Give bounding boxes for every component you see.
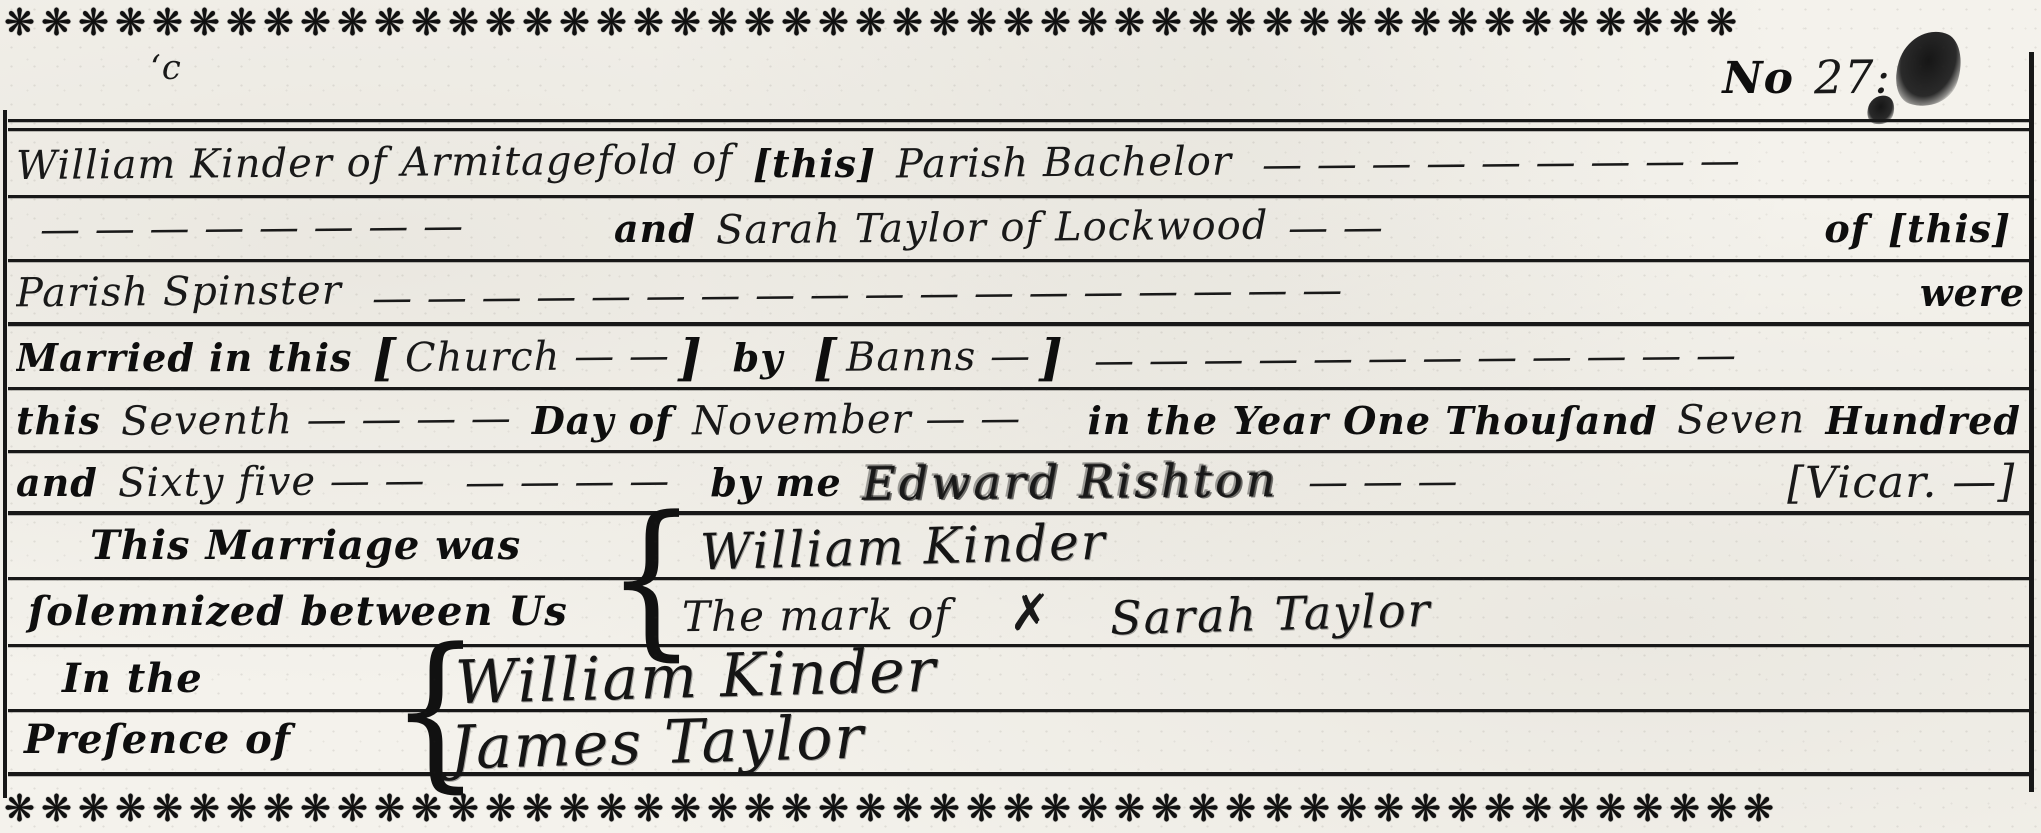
entry-line-officiant: and Sixty five — — — — — — by me Edward … xyxy=(16,454,2025,510)
month-entry: November — — xyxy=(692,396,1021,445)
printed-by: by xyxy=(733,335,784,380)
right-border-line xyxy=(2029,52,2034,792)
entry-line-date: this Seventh — — — — Day of November — —… xyxy=(16,391,2025,449)
groom-parish-condition: Parish Bachelor xyxy=(896,139,1232,188)
entry-number: No 27: xyxy=(1722,50,1891,104)
bracket-close: ] xyxy=(1039,329,1064,385)
printed-this: this xyxy=(16,398,101,443)
marriage-register-page: ❋❋❋❋❋❋❋❋❋❋❋❋❋❋❋❋❋❋❋❋❋❋❋❋❋❋❋❋❋❋❋❋❋❋❋❋❋❋❋❋… xyxy=(0,0,2041,833)
entry-line-married: Married in this [ Church — — ] by [ Bann… xyxy=(16,329,2025,385)
rule xyxy=(8,195,2031,198)
bride-signature: Sarah Taylor xyxy=(1109,583,1432,645)
rule xyxy=(8,128,2031,131)
day-entry: Seventh — — — — xyxy=(121,395,512,444)
filler-dashes: — — — — — — — — — — — — — — — — — — xyxy=(372,263,1904,321)
church-entry: Church — — xyxy=(405,333,670,381)
ornament-border-top: ❋❋❋❋❋❋❋❋❋❋❋❋❋❋❋❋❋❋❋❋❋❋❋❋❋❋❋❋❋❋❋❋❋❋❋❋❋❋❋❋… xyxy=(4,2,2037,44)
printed-hundred: Hundred xyxy=(1826,398,2022,443)
rule xyxy=(8,387,2031,390)
banns-entry: Banns — xyxy=(846,333,1031,381)
bracket-close: ] xyxy=(678,329,703,385)
groom-signature: William Kinder xyxy=(699,513,1107,582)
printed-of: of xyxy=(1824,206,1868,251)
filler-dashes: — — — — — — — — — — — — xyxy=(1093,330,2025,384)
bracket-open: [ xyxy=(372,329,397,385)
printed-in-the-year: in the Year One Thouſand xyxy=(1087,398,1657,443)
witness-label-line2: Preſence of xyxy=(24,716,291,763)
witness2-signature: James Taylor xyxy=(449,703,866,784)
printed-this-parish: [this] xyxy=(1888,206,2011,251)
rule xyxy=(8,259,2031,262)
witness1-signature: William Kinder xyxy=(454,636,938,719)
rule xyxy=(8,772,2031,776)
bride-name-and-abode: Sarah Taylor of Lockwood xyxy=(716,203,1269,254)
bride-x-mark: ✗ xyxy=(1009,584,1052,642)
rule xyxy=(8,709,2031,712)
filler-dashes: — — — xyxy=(1308,458,1459,505)
rule xyxy=(8,644,2031,647)
bride-signature-line: The mark of ✗ Sarah Taylor xyxy=(682,584,1431,642)
solemnized-label-line1: This Marriage was xyxy=(90,522,521,569)
printed-and: and xyxy=(614,206,696,251)
rule xyxy=(8,577,2031,580)
printed-married-in-this: Married in this xyxy=(16,335,352,380)
officiant-title: [Vicar. —] xyxy=(1786,456,2015,509)
officiant-signature: Edward Rishton xyxy=(861,454,1278,510)
entry-number-value: 27: xyxy=(1814,50,1891,105)
filler-dashes: — — — — — — — — xyxy=(40,203,464,253)
bracket-open: [ xyxy=(813,329,838,385)
entry-line-bride: — — — — — — — — and Sarah Taylor of Lock… xyxy=(16,199,2025,257)
filler-dashes: — — xyxy=(1288,205,1384,252)
solemnized-label-line2: ſolemnized between Us xyxy=(28,588,568,635)
entry-line-condition: Parish Spinster — — — — — — — — — — — — … xyxy=(16,263,2025,321)
year-hundreds-entry: Seven xyxy=(1677,396,1806,443)
printed-by-me: by me xyxy=(710,460,841,505)
rule xyxy=(8,322,2031,326)
witness-label-line1: In the xyxy=(62,655,203,702)
printed-and: and xyxy=(16,460,98,505)
printed-were: were xyxy=(1920,270,2025,315)
printed-this-parish: [this] xyxy=(753,141,876,186)
bride-parish-condition: Parish Spinster xyxy=(16,268,342,317)
rule xyxy=(8,119,2031,122)
left-border-line xyxy=(3,110,7,798)
year-tens-entry: Sixty five — — xyxy=(118,458,426,507)
entry-number-label: No xyxy=(1722,53,1794,104)
ornament-border-bottom: ❋❋❋❋❋❋❋❋❋❋❋❋❋❋❋❋❋❋❋❋❋❋❋❋❋❋❋❋❋❋❋❋❋❋❋❋❋❋❋❋… xyxy=(4,788,2037,830)
mark-of-text: The mark of xyxy=(682,590,951,641)
rule xyxy=(8,450,2031,453)
groom-name-and-abode: William Kinder of Armitagefold of xyxy=(16,137,733,189)
stray-ink-mark: ‘c xyxy=(150,48,182,88)
printed-day-of: Day of xyxy=(532,398,673,443)
filler-dashes: — — — — — — — — — xyxy=(1262,138,1741,188)
entry-line-groom: William Kinder of Armitagefold of [this]… xyxy=(16,133,2025,193)
